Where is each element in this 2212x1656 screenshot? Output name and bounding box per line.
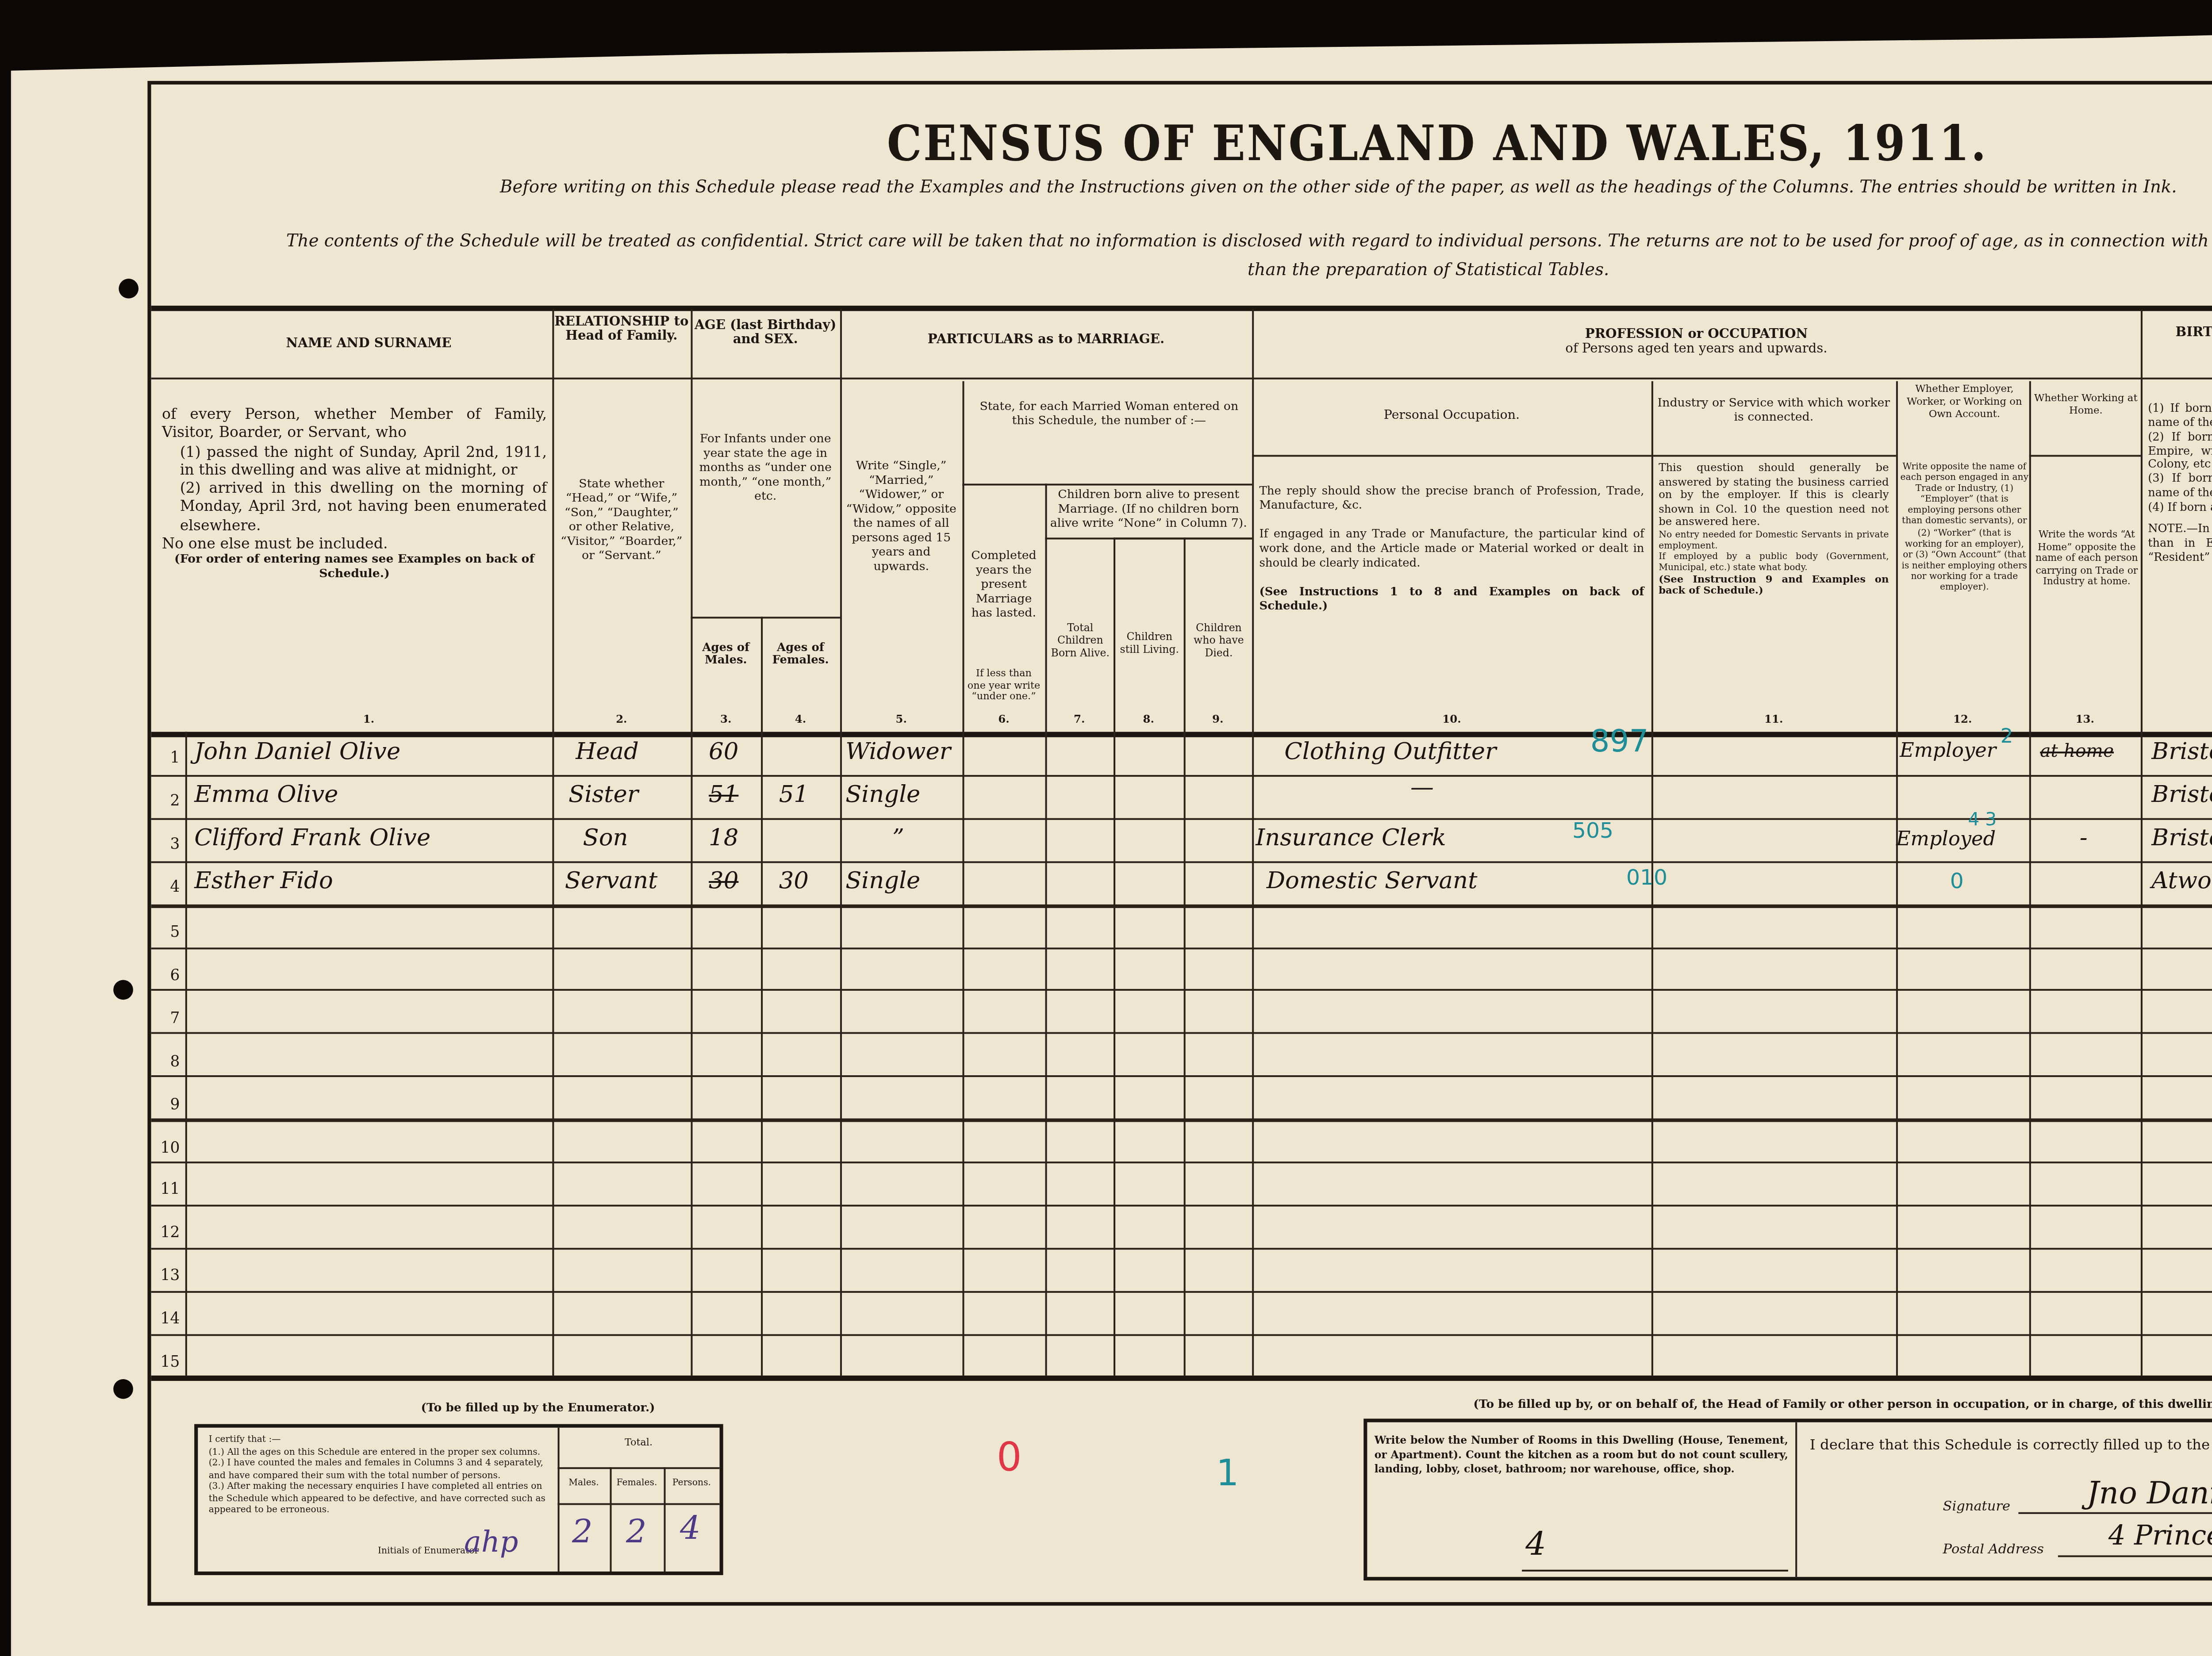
birthplace-cell[interactable]: Bristol Glos xyxy=(2151,739,2212,766)
enumerator-box: I certify that :— (1.) All the ages on t… xyxy=(194,1424,723,1575)
header-employer: Whether Employer, Worker, or Working on … xyxy=(1900,385,2029,422)
total-persons[interactable]: 4 xyxy=(680,1510,701,1548)
census-schedule-page: CENSUS OF ENGLAND AND WALES, 1911. Befor… xyxy=(0,0,2212,1656)
age-female-cell[interactable]: 30 xyxy=(779,868,809,895)
header-personal-desc: The reply should show the precise branch… xyxy=(1259,484,1644,613)
header-birthplace: BIRTHPLACE of every person. xyxy=(2141,326,2212,341)
signature-label: Signature xyxy=(1943,1498,2011,1514)
name-cell[interactable]: Esther Fido xyxy=(194,868,333,895)
age-male-cell[interactable]: 60 xyxy=(709,739,738,766)
header-ages-males: Ages of Males. xyxy=(691,642,761,668)
binder-hole xyxy=(119,279,138,299)
home-cell[interactable]: at home xyxy=(2040,743,2114,763)
occupation-cell[interactable]: Clothing Outfitter xyxy=(1284,739,1496,766)
occupation-code: 505 xyxy=(1572,818,1613,843)
row-divider xyxy=(151,1334,2212,1335)
header-home-desc: Write the words “At Home” opposite the n… xyxy=(2033,530,2141,590)
table-row[interactable]: 3 Clifford Frank Olive Son 18 ” Insuranc… xyxy=(151,822,2212,865)
header-ages-females: Ages of Females. xyxy=(761,642,840,668)
enumerator-certification: I certify that :— (1.) All the ages on t… xyxy=(209,1435,551,1517)
row-number: 6 xyxy=(155,967,180,985)
age-female-cell[interactable]: 51 xyxy=(779,782,809,809)
schedule-frame: CENSUS OF ENGLAND AND WALES, 1911. Befor… xyxy=(147,81,2212,1606)
table-row[interactable]: 1 John Daniel Olive Head 60 Widower Clot… xyxy=(151,736,2212,779)
row-divider xyxy=(151,1247,2212,1249)
header-children-living: Children still Living. xyxy=(1115,633,1184,658)
header-years-married: Completed years the present Marriage has… xyxy=(966,548,1042,621)
relationship-cell[interactable]: Head xyxy=(576,739,639,766)
row-number: 13 xyxy=(155,1268,180,1286)
householder-box: Write below the Number of Rooms in this … xyxy=(1363,1418,2212,1580)
header-married-woman: State, for each Married Woman entered on… xyxy=(970,399,1248,428)
header-years-note: If less than one year write “under one.” xyxy=(966,669,1042,705)
marital-cell[interactable]: Single xyxy=(845,782,920,809)
header-relationship: RELATIONSHIP to Head of Family. xyxy=(552,314,691,344)
row-number: 11 xyxy=(155,1182,180,1200)
header-name-desc: of every Person, whether Member of Famil… xyxy=(162,405,547,582)
signature-value[interactable]: Jno Daniel Olive xyxy=(2087,1476,2212,1512)
occupation-cell[interactable]: — xyxy=(1410,775,1434,802)
row-number: 5 xyxy=(155,924,180,943)
row-divider xyxy=(151,1161,2212,1163)
header-age-desc: For Infants under one year state the age… xyxy=(695,432,837,504)
header-home: Whether Working at Home. xyxy=(2031,394,2141,418)
age-male-cell[interactable]: 18 xyxy=(709,825,738,852)
row-number: 8 xyxy=(155,1053,180,1071)
row-number: 12 xyxy=(155,1225,180,1243)
red-zero-mark: 0 xyxy=(997,1437,1022,1482)
header-birthplace-desc: (1) If born in the United Kingdom, write… xyxy=(2148,403,2212,566)
household-rows: 1 John Daniel Olive Head 60 Widower Clot… xyxy=(151,736,2212,908)
age-male-cell[interactable]: 30 xyxy=(709,868,738,895)
total-males[interactable]: 2 xyxy=(572,1514,593,1552)
row-divider xyxy=(151,1204,2212,1206)
name-cell[interactable]: John Daniel Olive xyxy=(194,739,400,766)
header-personal-occupation: Personal Occupation. xyxy=(1252,408,1651,424)
rooms-instruction: Write below the Number of Rooms in this … xyxy=(1375,1437,1788,1479)
row-number: 10 xyxy=(155,1139,180,1157)
relationship-cell[interactable]: Servant xyxy=(565,868,657,895)
instruction-line: Before writing on this Schedule please r… xyxy=(259,178,2212,198)
home-cell[interactable]: - xyxy=(2080,825,2088,852)
birthplace-cell[interactable]: Atworth Wilts xyxy=(2151,868,2212,895)
header-marital-desc: Write “Single,” “Married,” “Widower,” or… xyxy=(844,459,959,574)
header-marriage: PARTICULARS as to MARRIAGE. xyxy=(840,333,1252,348)
marital-cell[interactable]: ” xyxy=(892,825,904,852)
initials-label: Initials of Enumerator xyxy=(378,1546,479,1558)
employment-code: 4 3 xyxy=(1968,811,1997,831)
blue-tick-mark: 1 xyxy=(1216,1451,1239,1495)
binder-hole xyxy=(113,980,133,1000)
row-divider xyxy=(151,1119,2212,1122)
row-number: 9 xyxy=(155,1096,180,1114)
table-row[interactable]: 4 Esther Fido Servant 30 30 Single Domes… xyxy=(151,865,2212,908)
header-employer-desc: Write opposite the name of each person e… xyxy=(1900,462,2029,594)
confidential-line-2: than the preparation of Statistical Tabl… xyxy=(691,261,2166,280)
rooms-count[interactable]: 4 xyxy=(1525,1526,1546,1564)
row-divider xyxy=(151,1033,2212,1035)
row-number: 7 xyxy=(155,1010,180,1028)
birthplace-cell[interactable]: Bristol Glos xyxy=(2151,782,2212,809)
enumerator-heading: (To be filled up by the Enumerator.) xyxy=(421,1401,655,1415)
row-divider xyxy=(151,947,2212,948)
header-children: Children born alive to present Marriage.… xyxy=(1049,487,1248,531)
age-male-cell[interactable]: 51 xyxy=(709,782,738,809)
total-females[interactable]: 2 xyxy=(626,1514,647,1552)
occupation-cell[interactable]: Domestic Servant xyxy=(1267,868,1478,895)
declaration-text: I declare that this Schedule is correctl… xyxy=(1810,1437,2212,1453)
marital-cell[interactable]: Single xyxy=(845,868,920,895)
occupation-code: 010 xyxy=(1626,865,1667,890)
relationship-cell[interactable]: Sister xyxy=(568,782,638,809)
confidential-line-1: The contents of the Schedule will be tre… xyxy=(169,232,2212,252)
header-occupation: PROFESSION or OCCUPATION of Persons aged… xyxy=(1252,327,2141,357)
binder-hole xyxy=(113,1379,133,1399)
employment-code: 2 xyxy=(2001,724,2013,748)
header-name: NAME AND SURNAME xyxy=(185,336,553,351)
header-industry-desc: This question should generally be answer… xyxy=(1659,462,1889,600)
marital-cell[interactable]: Widower xyxy=(845,739,951,766)
header-relationship-desc: State whether “Head,” or “Wife,” “Son,” … xyxy=(558,476,686,563)
employment-code: 0 xyxy=(1950,868,1964,893)
name-cell[interactable]: Emma Olive xyxy=(194,782,338,809)
enumerator-initials[interactable]: ahp xyxy=(464,1525,518,1559)
postal-address-label: Postal Address xyxy=(1943,1541,2044,1557)
row-number: 15 xyxy=(155,1354,180,1372)
header-age: AGE (last Birthday) and SEX. xyxy=(691,318,840,348)
occupation-cell[interactable]: Insurance Clerk xyxy=(1256,825,1446,852)
table-row[interactable]: 2 Emma Olive Sister 51 51 Single — Brist… xyxy=(151,778,2212,822)
row-divider xyxy=(151,1291,2212,1292)
relationship-cell[interactable]: Son xyxy=(583,825,628,852)
row-divider xyxy=(151,1076,2212,1077)
header-industry: Industry or Service with which worker is… xyxy=(1655,395,1893,424)
birthplace-cell[interactable]: Bristol Glos xyxy=(2151,825,2212,852)
header-children-died: Children who have Died. xyxy=(1186,624,1252,662)
row-divider xyxy=(151,989,2212,991)
document-title: CENSUS OF ENGLAND AND WALES, 1911. xyxy=(280,117,2212,172)
employment-cell[interactable]: Employer xyxy=(1900,739,1996,763)
postal-address-value[interactable]: 4 Princes Bldgs Weston S Mare xyxy=(2108,1519,2212,1552)
row-number: 14 xyxy=(155,1311,180,1329)
name-cell[interactable]: Clifford Frank Olive xyxy=(194,825,430,852)
householder-heading: (To be filled up by, or on behalf of, th… xyxy=(1473,1397,2212,1412)
occupation-code: 897 xyxy=(1590,724,1649,760)
header-total-children: Total Children Born Alive. xyxy=(1047,624,1114,662)
